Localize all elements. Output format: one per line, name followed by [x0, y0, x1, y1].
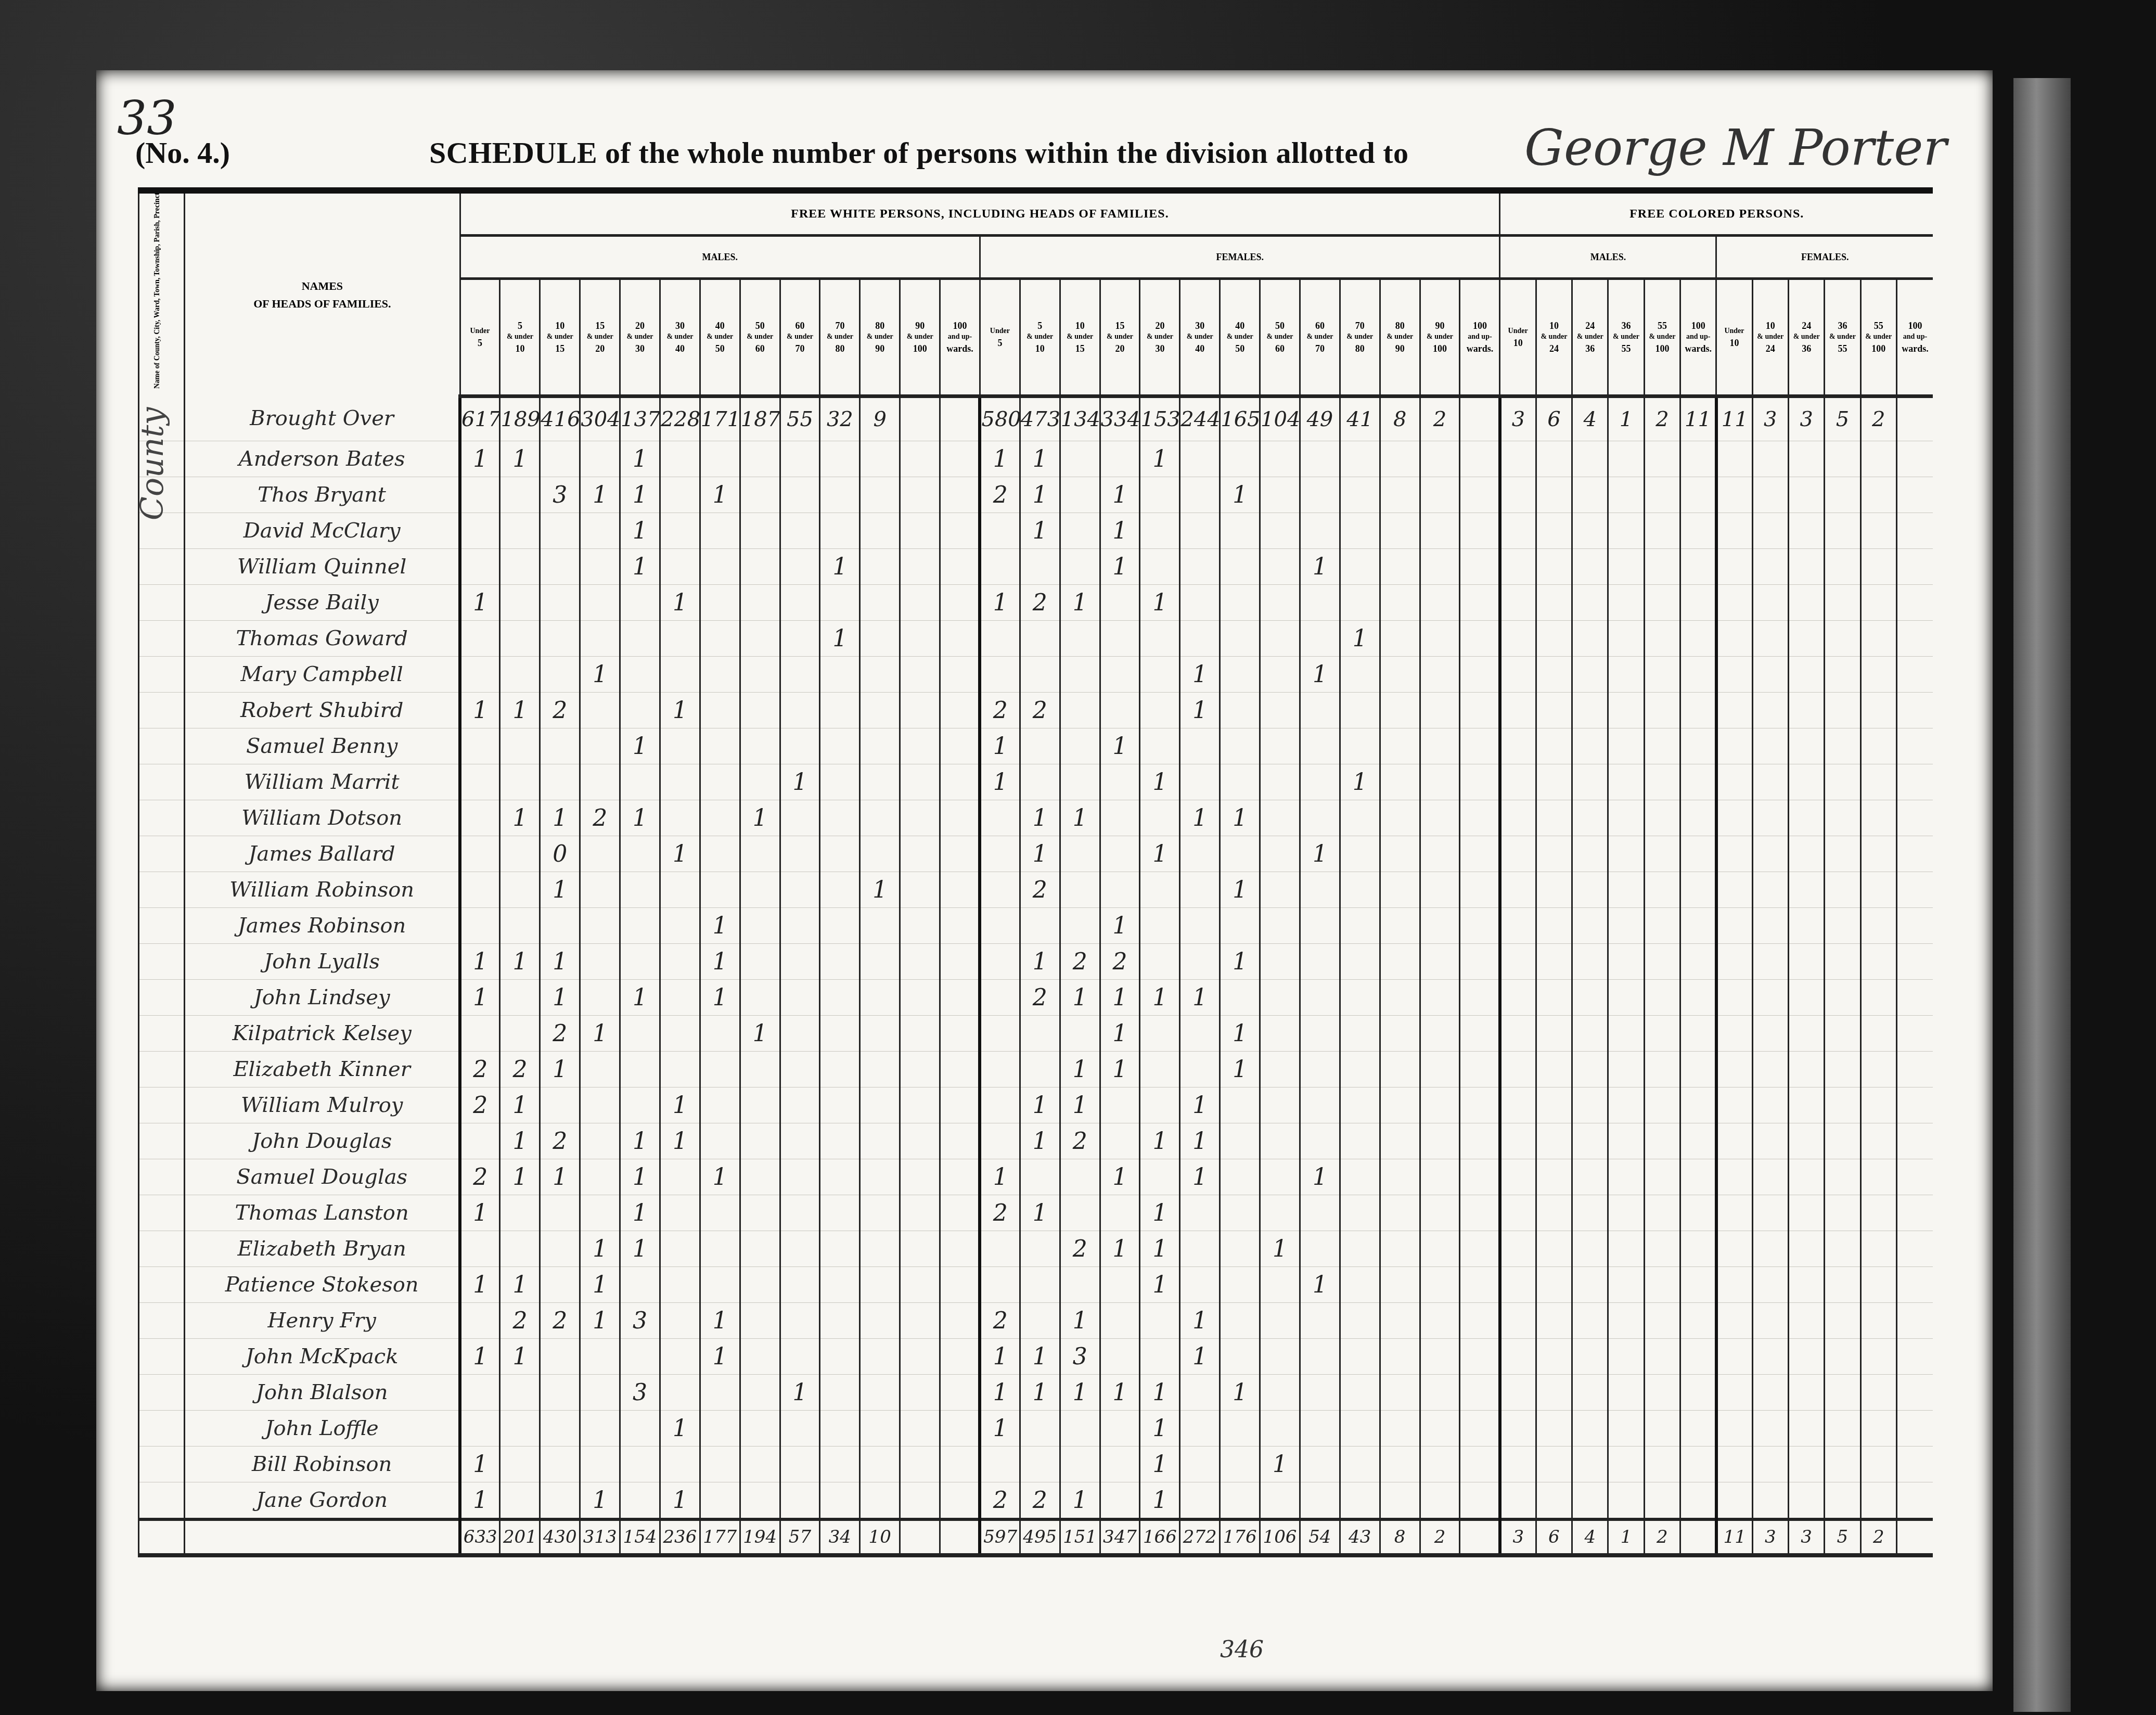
age-label-mid: & under	[1789, 331, 1824, 343]
white-male-count: 2	[540, 1303, 580, 1339]
white-male-count	[620, 1052, 660, 1087]
white-female-count	[1260, 513, 1300, 549]
white-male-count	[940, 1087, 980, 1123]
age-label-bot: 36	[1789, 343, 1824, 354]
colored-male-count	[1680, 1447, 1716, 1482]
white-female-count	[1340, 1087, 1380, 1123]
white-male-count	[500, 1447, 540, 1482]
white-male-count	[660, 908, 700, 944]
white-female-count	[1140, 908, 1180, 944]
colored-female-count	[1716, 728, 1752, 764]
age-label-top: 5	[500, 320, 539, 331]
head-of-family-name: Robert Shubird	[185, 693, 460, 728]
white-male-count	[860, 728, 900, 764]
head-of-family-name: John Loffle	[185, 1411, 460, 1447]
white-male-count	[540, 621, 580, 657]
white-male-count	[940, 764, 980, 800]
white-female-count	[1380, 764, 1420, 800]
white-male-count	[940, 513, 980, 549]
white-female-count	[1460, 441, 1500, 477]
colored-male-count	[1572, 1447, 1608, 1482]
white-male-count	[940, 836, 980, 872]
white-female-count	[1420, 657, 1460, 693]
white-male-count	[860, 693, 900, 728]
colored-male-count	[1572, 1267, 1608, 1303]
white-female-count: 153	[1140, 396, 1180, 441]
white-female-count	[1340, 1016, 1380, 1052]
county-margin-label: County	[134, 407, 171, 520]
colored-female-count	[1752, 800, 1788, 836]
colored-male-age-col-2: 24& under36	[1572, 279, 1608, 396]
colored-male-age-col-3: 36& under55	[1608, 279, 1644, 396]
white-male-count: 1	[500, 1267, 540, 1303]
colored-female-count	[1825, 513, 1860, 549]
white-female-count	[1460, 1375, 1500, 1411]
white-male-count	[900, 396, 940, 441]
white-male-count	[460, 1016, 500, 1052]
age-label-mid: & under	[1101, 331, 1139, 343]
district-cell	[139, 1123, 185, 1159]
colored-male-count	[1608, 1159, 1644, 1195]
white-male-count	[900, 728, 940, 764]
white-female-count	[1460, 764, 1500, 800]
white-male-count	[860, 621, 900, 657]
white-female-count: 1	[1060, 1052, 1100, 1087]
white-male-count	[780, 1016, 820, 1052]
white-male-count	[660, 1052, 700, 1087]
white-female-count	[1060, 549, 1100, 585]
colored-female-count	[1788, 1195, 1824, 1231]
white-males-header: MALES.	[460, 236, 980, 279]
white-male-count	[900, 1231, 940, 1267]
white-female-count	[1340, 1231, 1380, 1267]
white-male-count	[780, 693, 820, 728]
white-female-count	[1260, 1123, 1300, 1159]
white-male-count	[460, 549, 500, 585]
colored-female-count	[1788, 1375, 1824, 1411]
white-male-count: 1	[460, 441, 500, 477]
white-female-count	[1380, 1159, 1420, 1195]
colored-male-count	[1572, 1195, 1608, 1231]
white-female-count	[1340, 1482, 1380, 1520]
white-female-count	[1300, 764, 1340, 800]
white-females-header: FEMALES.	[980, 236, 1500, 279]
white-male-age-col-1: 5& under10	[500, 279, 540, 396]
white-male-count	[940, 872, 980, 908]
age-label-mid: & under	[1825, 331, 1859, 343]
colored-female-count	[1752, 1303, 1788, 1339]
white-male-count	[780, 585, 820, 621]
white-female-count	[1380, 657, 1420, 693]
white-male-count: 1	[460, 1267, 500, 1303]
colored-female-count	[1716, 872, 1752, 908]
colored-female-count	[1752, 1339, 1788, 1375]
white-male-count	[660, 980, 700, 1016]
white-male-count: 1	[460, 1339, 500, 1375]
age-label-bot: 80	[820, 343, 859, 354]
white-female-count	[1220, 908, 1260, 944]
white-female-count	[1380, 1375, 1420, 1411]
white-male-count	[500, 1411, 540, 1447]
white-female-count: 1	[1060, 1482, 1100, 1520]
colored-male-count	[1608, 728, 1644, 764]
white-male-count	[820, 693, 860, 728]
colored-female-count	[1752, 693, 1788, 728]
colored-female-count	[1716, 800, 1752, 836]
white-male-count: 1	[660, 836, 700, 872]
white-male-count	[500, 549, 540, 585]
white-male-count	[620, 1087, 660, 1123]
colored-female-count	[1825, 836, 1860, 872]
age-label-top: 10	[1061, 320, 1099, 331]
white-female-count: 2	[1020, 693, 1060, 728]
colored-male-count	[1572, 1087, 1608, 1123]
colored-female-count	[1825, 1159, 1860, 1195]
white-female-count: 2	[1020, 872, 1060, 908]
colored-male-count	[1500, 1482, 1536, 1520]
white-male-count	[620, 836, 660, 872]
age-label-top: 20	[621, 320, 659, 331]
colored-female-count	[1788, 621, 1824, 657]
scanner-edge	[2013, 78, 2071, 1712]
white-female-count	[1340, 657, 1380, 693]
colored-female-count	[1825, 872, 1860, 908]
colored-female-count: 11	[1716, 396, 1752, 441]
age-label-mid: & under	[1221, 331, 1259, 343]
colored-female-count	[1825, 764, 1860, 800]
white-female-count	[1340, 800, 1380, 836]
white-male-count	[580, 908, 620, 944]
white-female-count: 2	[980, 1303, 1020, 1339]
colored-female-count	[1752, 1375, 1788, 1411]
white-male-count	[900, 1195, 940, 1231]
white-male-count	[500, 980, 540, 1016]
white-male-count	[940, 1231, 980, 1267]
white-female-count	[980, 1231, 1020, 1267]
colored-male-count	[1536, 1375, 1572, 1411]
colored-male-count	[1536, 477, 1572, 513]
white-female-count	[1220, 1231, 1260, 1267]
white-male-count	[820, 441, 860, 477]
colored-female-count	[1825, 441, 1860, 477]
age-label-bot: wards.	[941, 343, 979, 354]
age-label-bot: wards.	[1897, 343, 1933, 354]
colored-male-count	[1536, 621, 1572, 657]
white-male-count: 2	[540, 693, 580, 728]
colored-male-count	[1500, 944, 1536, 980]
white-male-count: 2	[500, 1052, 540, 1087]
white-male-count: 3	[620, 1303, 660, 1339]
white-female-count	[1340, 1447, 1380, 1482]
white-male-age-col-8: 60& under70	[780, 279, 820, 396]
white-male-count	[700, 836, 740, 872]
colored-female-count	[1752, 1016, 1788, 1052]
white-female-count	[1340, 944, 1380, 980]
white-male-count	[580, 872, 620, 908]
age-label-mid: Under	[981, 326, 1019, 337]
white-female-count: 1	[1300, 836, 1340, 872]
white-male-count	[940, 585, 980, 621]
white-female-count	[1380, 441, 1420, 477]
white-male-count: 304	[580, 396, 620, 441]
white-female-count	[1020, 1411, 1060, 1447]
white-male-count	[940, 693, 980, 728]
white-male-count	[580, 1375, 620, 1411]
white-female-count: 2	[980, 1195, 1020, 1231]
colored-male-count	[1608, 441, 1644, 477]
white-female-count	[1340, 1375, 1380, 1411]
white-male-count	[660, 872, 700, 908]
white-male-count	[700, 621, 740, 657]
white-female-count: 1	[1300, 1267, 1340, 1303]
white-female-count	[1300, 1447, 1340, 1482]
white-female-count: 1	[980, 764, 1020, 800]
white-male-count	[660, 1447, 700, 1482]
white-male-count: 57	[780, 1519, 820, 1555]
district-cell	[139, 944, 185, 980]
household-row: William Quinnel1111	[139, 549, 1933, 585]
household-row: Patience Stokeson11111	[139, 1267, 1933, 1303]
white-male-count	[860, 477, 900, 513]
white-female-count	[1380, 513, 1420, 549]
white-female-count: 1	[1020, 441, 1060, 477]
white-male-count	[820, 764, 860, 800]
head-of-family-name: Jesse Baily	[185, 585, 460, 621]
white-female-count	[1420, 621, 1460, 657]
white-female-count	[1260, 1087, 1300, 1123]
white-male-count	[580, 621, 620, 657]
colored-female-count	[1825, 1447, 1860, 1482]
white-male-count: 1	[580, 1267, 620, 1303]
white-female-count	[1460, 1231, 1500, 1267]
white-male-count: 1	[460, 980, 500, 1016]
white-male-count	[580, 1052, 620, 1087]
household-row: John McKpack1111131	[139, 1339, 1933, 1375]
white-male-count	[500, 585, 540, 621]
colored-female-count	[1716, 657, 1752, 693]
white-female-count	[1020, 908, 1060, 944]
white-female-count	[1380, 1447, 1420, 1482]
colored-female-count	[1896, 800, 1933, 836]
white-male-count	[660, 1195, 700, 1231]
white-male-count: 2	[540, 1123, 580, 1159]
white-male-count	[500, 1482, 540, 1520]
age-label-bot: 30	[621, 343, 659, 354]
white-male-count: 32	[820, 396, 860, 441]
white-male-count: 1	[700, 477, 740, 513]
white-female-count	[1060, 1195, 1100, 1231]
white-female-count	[1100, 1123, 1140, 1159]
colored-male-count	[1644, 1052, 1680, 1087]
white-male-count	[860, 800, 900, 836]
white-female-count	[1220, 1267, 1260, 1303]
white-female-count	[1260, 1052, 1300, 1087]
white-female-count: 1	[1060, 1087, 1100, 1123]
colored-male-count	[1536, 1447, 1572, 1482]
colored-female-count	[1716, 1123, 1752, 1159]
white-male-count	[820, 513, 860, 549]
colored-male-count	[1536, 585, 1572, 621]
white-male-count	[860, 549, 900, 585]
household-row: William Marrit1111	[139, 764, 1933, 800]
colored-female-count	[1716, 1016, 1752, 1052]
white-male-age-col-6: 40& under50	[700, 279, 740, 396]
colored-female-count	[1752, 872, 1788, 908]
white-male-count: 1	[580, 1482, 620, 1520]
white-female-count	[1260, 1303, 1300, 1339]
colored-male-count	[1500, 908, 1536, 944]
white-female-count	[1140, 621, 1180, 657]
white-male-count	[820, 836, 860, 872]
white-male-count: 10	[860, 1519, 900, 1555]
district-cell	[139, 549, 185, 585]
white-female-count: 1	[980, 1159, 1020, 1195]
white-female-count	[1460, 1482, 1500, 1520]
white-female-count	[1460, 728, 1500, 764]
white-male-count	[540, 764, 580, 800]
white-female-count	[1380, 1195, 1420, 1231]
age-label-top: 24	[1573, 320, 1607, 331]
white-male-count	[860, 980, 900, 1016]
white-male-count	[820, 944, 860, 980]
colored-male-count	[1572, 800, 1608, 836]
white-female-count	[1060, 657, 1100, 693]
white-female-count: 1	[1220, 872, 1260, 908]
colored-male-count	[1608, 585, 1644, 621]
white-male-count: 1	[620, 980, 660, 1016]
district-cell	[139, 693, 185, 728]
white-male-count	[500, 908, 540, 944]
colored-male-count: 1	[1608, 396, 1644, 441]
white-female-count	[1020, 1016, 1060, 1052]
colored-male-count	[1644, 1016, 1680, 1052]
white-male-count	[860, 1447, 900, 1482]
white-male-count	[940, 441, 980, 477]
white-male-count: 617	[460, 396, 500, 441]
white-female-count: 1	[1180, 657, 1220, 693]
household-row: Samuel Benny111	[139, 728, 1933, 764]
colored-male-count	[1608, 477, 1644, 513]
white-male-count	[780, 1267, 820, 1303]
white-male-count	[700, 1411, 740, 1447]
age-label-bot: 55	[1825, 343, 1859, 354]
white-male-count: 1	[500, 1087, 540, 1123]
census-body: Brought Over6171894163041372281711875532…	[139, 396, 1933, 1556]
district-cell	[139, 1052, 185, 1087]
colored-male-age-col-0: Under10	[1500, 279, 1536, 396]
white-male-age-col-2: 10& under15	[540, 279, 580, 396]
colored-male-count	[1644, 477, 1680, 513]
head-of-family-name: James Ballard	[185, 836, 460, 872]
colored-male-count	[1572, 513, 1608, 549]
white-male-count: 1	[620, 1195, 660, 1231]
colored-female-count	[1788, 1339, 1824, 1375]
white-female-count	[1140, 728, 1180, 764]
white-male-count	[780, 1123, 820, 1159]
colored-female-count	[1752, 728, 1788, 764]
white-female-count: 1	[1020, 944, 1060, 980]
colored-female-count	[1752, 836, 1788, 872]
white-female-count	[1180, 1447, 1220, 1482]
white-male-count	[540, 1087, 580, 1123]
colored-female-count	[1896, 1375, 1933, 1411]
age-label-top: 36	[1825, 320, 1859, 331]
white-male-count	[740, 1339, 780, 1375]
head-of-family-name: Elizabeth Kinner	[185, 1052, 460, 1087]
colored-female-count: 3	[1752, 396, 1788, 441]
colored-female-count	[1825, 728, 1860, 764]
district-cell	[139, 872, 185, 908]
white-male-count: 1	[540, 1052, 580, 1087]
white-male-count	[940, 1159, 980, 1195]
colored-female-count	[1716, 944, 1752, 980]
white-female-count	[1460, 1267, 1500, 1303]
colored-female-count: 3	[1752, 1519, 1788, 1555]
colored-female-count	[1860, 980, 1896, 1016]
colored-male-age-col-5: 100and up-wards.	[1680, 279, 1716, 396]
colored-female-count	[1788, 1482, 1824, 1520]
white-female-count: 1	[1020, 800, 1060, 836]
white-female-count	[1420, 1087, 1460, 1123]
white-male-count	[740, 836, 780, 872]
white-female-count: 54	[1300, 1519, 1340, 1555]
colored-female-count	[1896, 1123, 1933, 1159]
white-male-count: 1	[780, 764, 820, 800]
white-female-count	[1380, 1123, 1420, 1159]
colored-female-count	[1825, 800, 1860, 836]
age-label-mid: & under	[1645, 331, 1679, 343]
white-female-count	[1220, 728, 1260, 764]
age-label-mid: & under	[1180, 331, 1219, 343]
colored-male-count	[1608, 1482, 1644, 1520]
white-female-count: 272	[1180, 1519, 1220, 1555]
colored-female-count	[1788, 1087, 1824, 1123]
colored-female-count	[1788, 441, 1824, 477]
white-female-count	[1060, 621, 1100, 657]
colored-female-count	[1716, 549, 1752, 585]
white-female-age-col-12: 100and up-wards.	[1460, 279, 1500, 396]
colored-male-count: 1	[1608, 1519, 1644, 1555]
age-label-mid: and up-	[1460, 331, 1499, 343]
white-male-count	[780, 1195, 820, 1231]
age-label-bot: 30	[1140, 343, 1179, 354]
white-male-count	[860, 944, 900, 980]
white-male-count	[780, 441, 820, 477]
colored-male-count	[1500, 549, 1536, 585]
white-male-count	[940, 1195, 980, 1231]
white-female-count	[1140, 693, 1180, 728]
household-row: Elizabeth Kinner221111	[139, 1052, 1933, 1087]
white-male-count	[860, 441, 900, 477]
white-male-count: 1	[660, 1087, 700, 1123]
white-female-count	[1300, 1411, 1340, 1447]
white-female-count: 1	[1340, 621, 1380, 657]
colored-male-count	[1500, 477, 1536, 513]
district-cell	[139, 1482, 185, 1520]
white-male-count: 1	[500, 1339, 540, 1375]
white-male-count	[660, 657, 700, 693]
age-label-bot: 100	[1421, 343, 1459, 354]
age-label-bot: 100	[901, 343, 939, 354]
colored-male-count	[1680, 1519, 1716, 1555]
white-male-count: 9	[860, 396, 900, 441]
white-male-count	[660, 800, 700, 836]
white-female-count	[1140, 477, 1180, 513]
white-female-count	[980, 621, 1020, 657]
age-label-mid: & under	[701, 331, 739, 343]
white-female-count: 1	[1180, 1087, 1220, 1123]
white-male-count	[580, 1447, 620, 1482]
